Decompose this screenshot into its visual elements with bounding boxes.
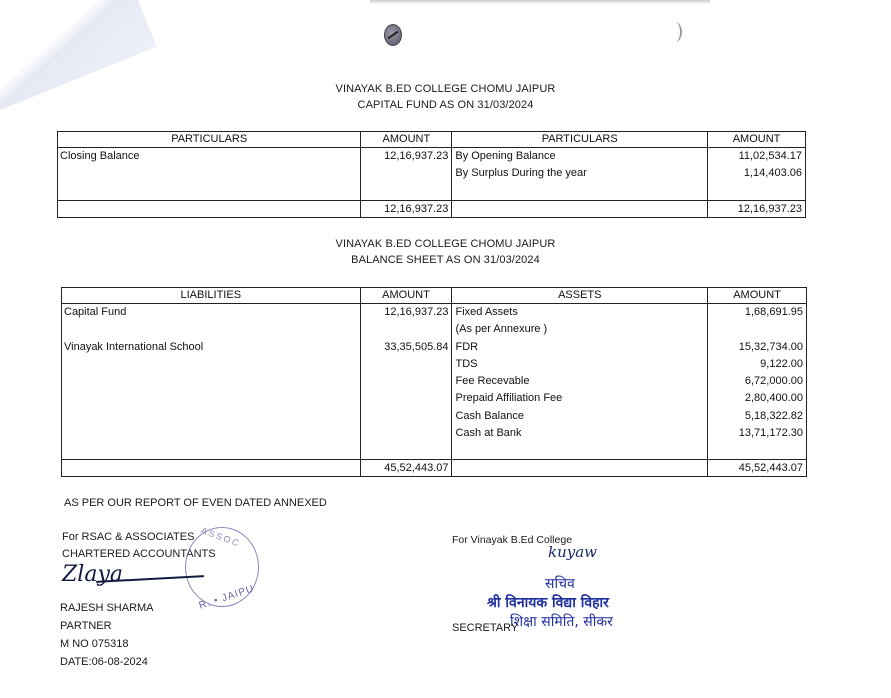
amount-value: 12,16,937.23 (364, 148, 448, 165)
column-header: AMOUNT (361, 132, 452, 148)
auditor-designation: PARTNER (60, 618, 112, 635)
right-total: 12,16,937.23 (708, 201, 806, 218)
right-particulars-cell: By Opening Balance By Surplus During the… (452, 148, 708, 201)
assets-amount-cell: 1,68,691.95 15,32,734.00 9,122.00 6,72,0… (708, 304, 807, 460)
column-header: AMOUNT (360, 288, 452, 304)
table-row: Closing Balance 12,16,937.23 By Opening … (58, 148, 806, 201)
particular-label: By Surplus During the year (455, 165, 704, 182)
table-header-row: LIABILITIES AMOUNT ASSETS AMOUNT (62, 288, 807, 304)
liability-label (64, 321, 357, 338)
amount-value: 9,122.00 (711, 356, 803, 373)
capital-fund-table: PARTICULARS AMOUNT PARTICULARS AMOUNT Cl… (57, 131, 806, 218)
left-amount-cell: 12,16,937.23 (361, 148, 452, 201)
auditor-membership-no: M NO 075318 (60, 636, 128, 653)
assets-cell: Fixed Assets (As per Annexure ) FDR TDS … (452, 304, 708, 460)
balance-sheet-title: VINAYAK B.ED COLLEGE CHOMU JAIPUR BALANC… (0, 236, 891, 268)
hindi-seal-line1: श्री विनायक विद्या विहार (487, 593, 609, 612)
college-name: VINAYAK B.ED COLLEGE CHOMU JAIPUR (0, 236, 891, 252)
asset-label: Prepaid Affiliation Fee (455, 390, 704, 407)
asset-label: Cash Balance (455, 408, 704, 425)
column-header: AMOUNT (708, 132, 806, 148)
amount-value (364, 321, 449, 338)
liabilities-total: 45,52,443.07 (360, 460, 452, 477)
report-date: DATE:06-08-2024 (60, 654, 148, 671)
auditor-firm: For RSAC & ASSOCIATES (62, 529, 194, 546)
asset-label: FDR (455, 339, 704, 356)
amount-value: 2,80,400.00 (711, 390, 803, 407)
asset-label: TDS (455, 356, 704, 373)
hindi-seal-line2: शिक्षा समिति, सीकर (510, 612, 613, 631)
assets-total: 45,52,443.07 (708, 460, 807, 477)
balance-sheet-heading: BALANCE SHEET AS ON 31/03/2024 (0, 252, 891, 268)
column-header: PARTICULARS (452, 132, 708, 148)
amount-value: 6,72,000.00 (711, 373, 803, 390)
table-row: Capital Fund Vinayak International Schoo… (62, 304, 807, 460)
asset-label: (As per Annexure ) (455, 321, 704, 338)
college-name: VINAYAK B.ED COLLEGE CHOMU JAIPUR (0, 81, 891, 97)
asset-label: Fixed Assets (455, 304, 704, 321)
amount-value: 13,71,172.30 (711, 425, 803, 442)
liability-label: Capital Fund (64, 304, 357, 321)
asset-label: Fee Recevable (455, 373, 704, 390)
auditor-signature: Zlaya (62, 562, 123, 587)
balance-sheet-table: LIABILITIES AMOUNT ASSETS AMOUNT Capital… (61, 287, 807, 477)
amount-value: 11,02,534.17 (711, 148, 802, 165)
punch-hole-icon (384, 24, 402, 46)
column-header: LIABILITIES (62, 288, 361, 304)
amount-value: 5,18,322.82 (711, 408, 803, 425)
column-header: AMOUNT (708, 288, 807, 304)
amount-value: 15,32,734.00 (711, 339, 803, 356)
capital-fund-heading: CAPITAL FUND AS ON 31/03/2024 (0, 97, 891, 113)
report-note: AS PER OUR REPORT OF EVEN DATED ANNEXED (64, 495, 327, 512)
left-total: 12,16,937.23 (361, 201, 452, 218)
total-row: 12,16,937.23 12,16,937.23 (58, 201, 806, 218)
amount-value: 1,14,403.06 (711, 165, 802, 182)
liabilities-cell: Capital Fund Vinayak International Schoo… (62, 304, 361, 460)
amount-value: 33,35,505.84 (364, 339, 449, 356)
secretary-signature: kuyaw (548, 543, 597, 561)
column-header: PARTICULARS (58, 132, 361, 148)
liability-label: Vinayak International School (64, 339, 357, 356)
auditor-name: RAJESH SHARMA (60, 600, 154, 617)
capital-fund-title: VINAYAK B.ED COLLEGE CHOMU JAIPUR CAPITA… (0, 81, 891, 113)
column-header: ASSETS (452, 288, 708, 304)
scan-shadow (370, 0, 710, 4)
particular-label: By Opening Balance (455, 148, 704, 165)
hindi-seal-title: सचिव (545, 574, 575, 593)
particular-label: Closing Balance (60, 148, 357, 165)
total-row: 45,52,443.07 45,52,443.07 (62, 460, 807, 477)
liabilities-amount-cell: 12,16,937.23 33,35,505.84 (360, 304, 452, 460)
amount-value (711, 321, 803, 338)
secretary-designation: SECRETARY (452, 620, 518, 637)
punch-hole-icon (668, 22, 682, 42)
left-particulars-cell: Closing Balance (58, 148, 361, 201)
table-header-row: PARTICULARS AMOUNT PARTICULARS AMOUNT (58, 132, 806, 148)
amount-value: 1,68,691.95 (711, 304, 803, 321)
right-amount-cell: 11,02,534.17 1,14,403.06 (708, 148, 806, 201)
amount-value: 12,16,937.23 (364, 304, 449, 321)
asset-label: Cash at Bank (455, 425, 704, 442)
